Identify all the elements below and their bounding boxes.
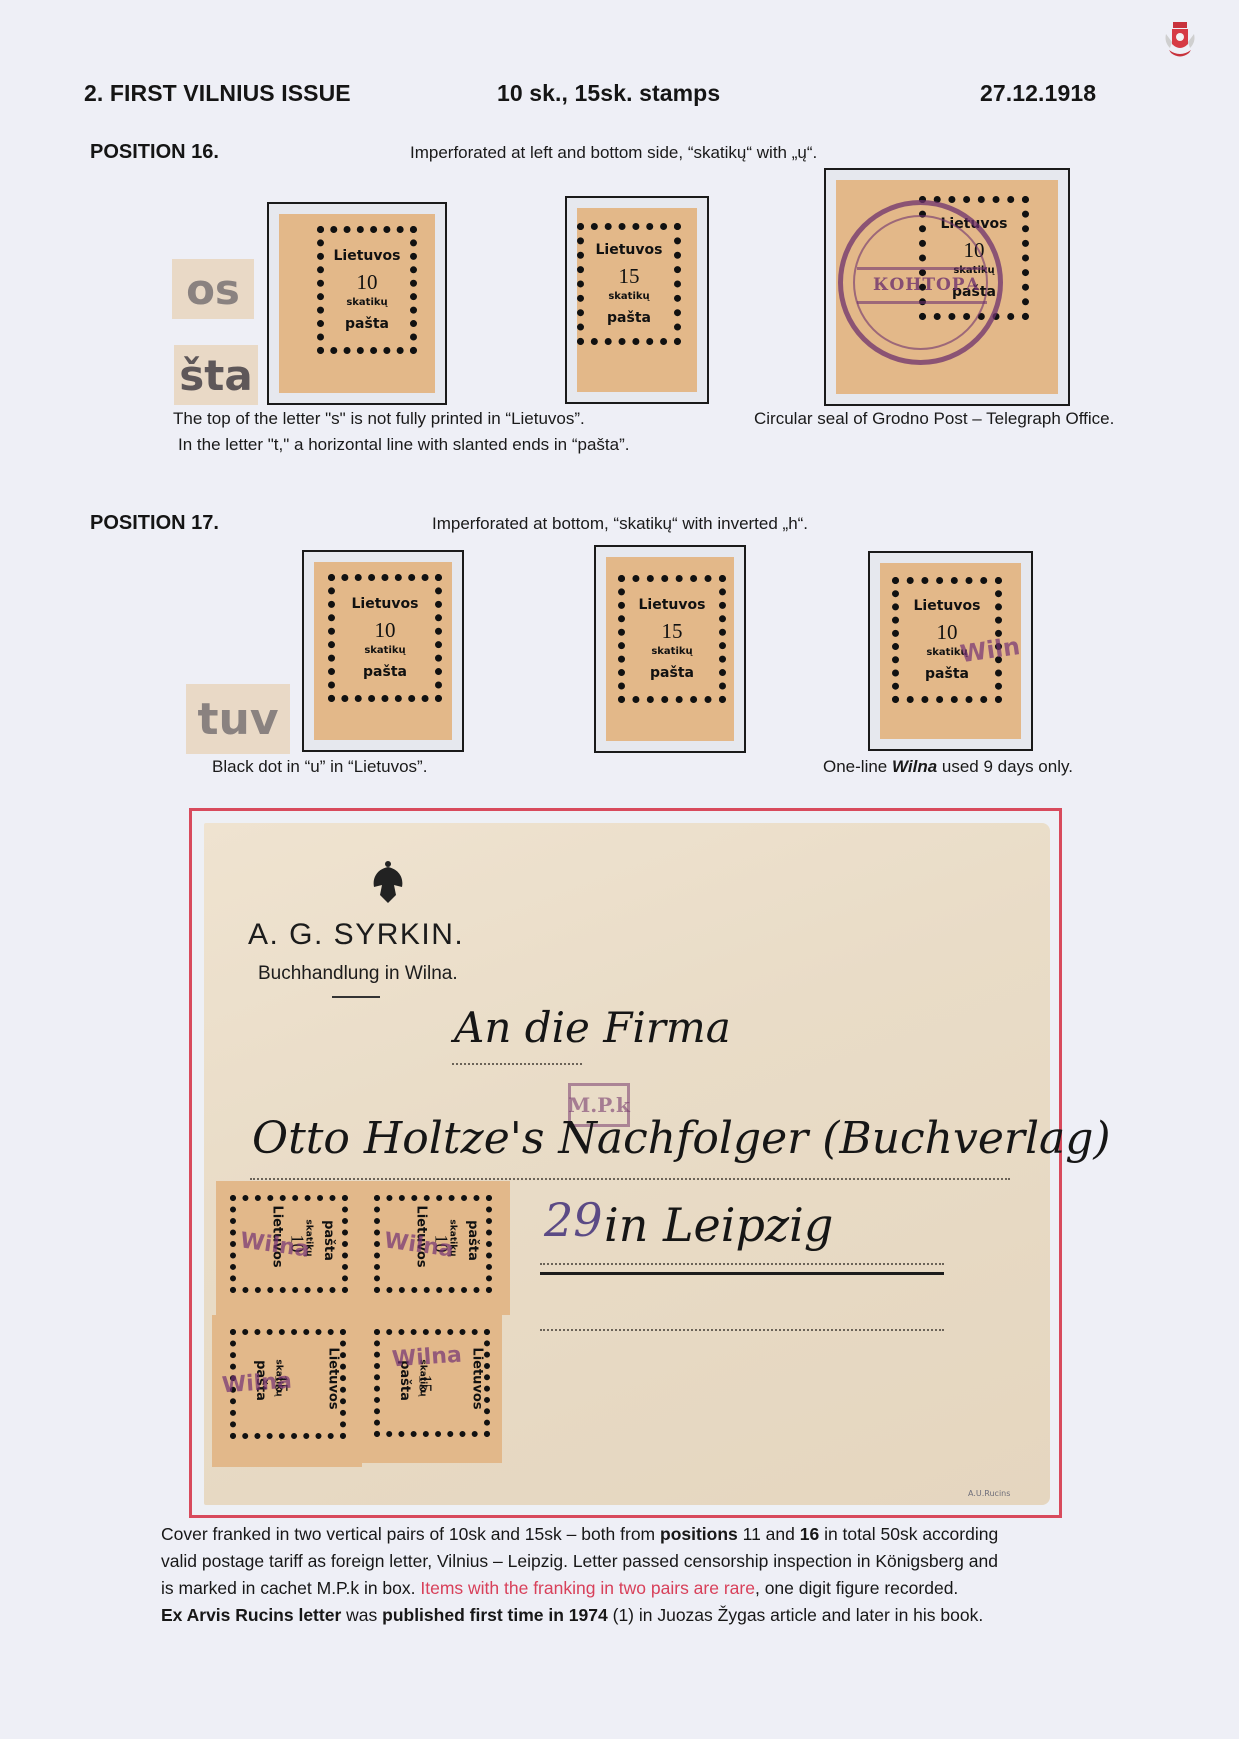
caption-text: used 9 days only. [937, 757, 1073, 776]
desc-text: (1) in Juozas Žygas article and later in… [608, 1605, 983, 1625]
stamp-country: Lietuvos [639, 597, 706, 613]
stamp-value: 10 [937, 620, 958, 645]
description-line-3: is marked in cachet M.P.k in box. Items … [161, 1575, 958, 1602]
caption-16a-line1: The top of the letter "s" is not fully p… [173, 409, 585, 429]
stamp-15sk: Lietuvos 15 skatikų pašta [577, 208, 697, 392]
caption-17a: Black dot in “u” in “Lietuvos”. [212, 757, 427, 777]
sender-subtitle: Buchhandlung in Wilna. [258, 963, 458, 985]
stamp-15sk: Lietuvos 15 skatikų pašta [606, 557, 734, 741]
subject-title: 10 sk., 15sk. stamps [497, 80, 720, 107]
stamp-mount-17c: Lietuvos 10 skatikų pašta Wilna [868, 551, 1033, 751]
stamp-value: 15 [619, 264, 640, 289]
ornament-divider [332, 996, 380, 998]
caption-16a-line2: In the letter "t," a horizontal line wit… [178, 435, 629, 455]
wilna-postmark: Wilna [221, 1369, 292, 1399]
desc-text: is marked in cachet M.P.k in box. [161, 1578, 420, 1598]
position-17-label: POSITION 17. [90, 512, 219, 535]
sender-name: A. G. SYRKIN. [248, 918, 464, 952]
cover-frame: A. G. SYRKIN. Buchhandlung in Wilna. An … [189, 808, 1062, 1518]
stamp-country: Lietuvos [470, 1347, 485, 1409]
stamp-word: pašta [650, 665, 694, 681]
stamp-value: 10 [357, 270, 378, 295]
expert-signature: A.U.Rucins [968, 1489, 1010, 1498]
desc-bold: positions [660, 1524, 738, 1544]
position-16-description: Imperforated at left and bottom side, “s… [410, 143, 817, 163]
wilna-postmark: Wilna [391, 1343, 462, 1373]
stamp-10sk: Lietuvos 10 skatikų pašta [314, 562, 452, 740]
address-line-3: in Leipzig [604, 1198, 833, 1252]
stamp-value: 15 [662, 619, 683, 644]
envelope: A. G. SYRKIN. Buchhandlung in Wilna. An … [204, 823, 1050, 1505]
caption-wilna: Wilna [892, 757, 937, 776]
detail-crop-tuv: tuv [186, 684, 290, 754]
detail-crop-text: os [186, 265, 240, 314]
desc-text: in total 50sk according [819, 1524, 998, 1544]
desc-text: was [341, 1605, 382, 1625]
detail-crop-text: šta [179, 351, 252, 400]
desc-bold: 16 [800, 1524, 819, 1544]
stamp-word: pašta [607, 310, 651, 326]
detail-crop-os: os [172, 259, 254, 319]
stamp-mount-16b: Lietuvos 15 skatikų pašta [565, 196, 709, 404]
desc-highlight: Items with the franking in two pairs are… [420, 1578, 755, 1598]
stamp-word: pašta [345, 316, 389, 332]
stamp-currency: skatikų [651, 646, 692, 657]
cover-stamp-15sk-2: Lietuvos 15 skatikų pašta Wilna [362, 1315, 502, 1463]
stamp-country: Lietuvos [352, 596, 419, 612]
address-dotted-line [540, 1329, 944, 1331]
stamp-10sk: Lietuvos 10 skatikų pašta [279, 214, 435, 393]
description-line-2: valid postage tariff as foreign letter, … [161, 1548, 998, 1575]
desc-bold: published first time in 1974 [382, 1605, 608, 1625]
description-line-1: Cover franked in two vertical pairs of 1… [161, 1521, 998, 1548]
coat-of-arms-icon [1163, 20, 1197, 60]
cover-stamp-10sk-1: Lietuvos 10 skatikų pašta Wilna [216, 1181, 364, 1315]
stamp-currency: skatikų [608, 291, 649, 302]
address-line-2: Otto Holtze's Nachfolger (Buchverlag) [252, 1113, 1111, 1164]
desc-text: , one digit figure recorded. [755, 1578, 958, 1598]
position-17-description: Imperforated at bottom, “skatikų“ with i… [432, 514, 808, 534]
stamp-country: Lietuvos [334, 248, 401, 264]
cover-stamp-10sk-2: Lietuvos 10 skatikų pašta Wilna [364, 1181, 510, 1315]
address-dotted-line [452, 1063, 582, 1065]
house-number: 29 [544, 1193, 603, 1247]
stamp-value: 10 [375, 618, 396, 643]
stamp-country: Lietuvos [914, 598, 981, 614]
imperial-eagle-icon [368, 859, 408, 910]
stamp-10sk-on-piece: Lietuvos 10 skatikų pašta КОНТОРА [836, 180, 1058, 394]
desc-text: Cover franked in two vertical pairs of 1… [161, 1524, 660, 1544]
stamp-word: pašta [363, 664, 407, 680]
desc-bold: Ex Arvis Rucins letter [161, 1605, 341, 1625]
address-line-1: An die Firma [454, 1003, 731, 1052]
stamp-word: pašta [465, 1220, 480, 1261]
detail-crop-sta: šta [174, 345, 258, 405]
stamp-currency: skatikų [346, 297, 387, 308]
stamp-10sk-wilna: Lietuvos 10 skatikų pašta Wilna [880, 563, 1021, 739]
stamp-mount-16a: Lietuvos 10 skatikų pašta [267, 202, 447, 405]
cover-stamp-15sk-1: Lietuvos 15 skatikų pašta Wilna [212, 1315, 362, 1467]
caption-16c: Circular seal of Grodno Post – Telegraph… [754, 409, 1114, 429]
description-line-4: Ex Arvis Rucins letter was published fir… [161, 1602, 983, 1629]
stamp-mount-17b: Lietuvos 15 skatikų pašta [594, 545, 746, 753]
address-dotted-line [540, 1263, 944, 1265]
stamp-country: Lietuvos [596, 242, 663, 258]
address-dotted-line [250, 1178, 1010, 1180]
stamp-currency: skatikų [364, 645, 405, 656]
caption-text: One-line [823, 757, 892, 776]
issue-date: 27.12.1918 [980, 80, 1096, 107]
desc-text: 11 and [738, 1524, 800, 1544]
seal-text: КОНТОРА [873, 275, 980, 295]
grodno-circular-seal: КОНТОРА [838, 200, 1003, 365]
position-16-label: POSITION 16. [90, 141, 219, 164]
caption-17c: One-line Wilna used 9 days only. [823, 757, 1073, 777]
section-title: 2. FIRST VILNIUS ISSUE [84, 80, 351, 107]
stamp-mount-16c: Lietuvos 10 skatikų pašta КОНТОРА [824, 168, 1070, 406]
stamp-word: pašta [925, 666, 969, 682]
stamp-word: pašta [321, 1220, 336, 1261]
address-underline [540, 1272, 944, 1275]
detail-crop-text: tuv [197, 694, 278, 745]
stamp-country: Lietuvos [326, 1347, 341, 1409]
stamp-mount-17a: Lietuvos 10 skatikų pašta [302, 550, 464, 752]
